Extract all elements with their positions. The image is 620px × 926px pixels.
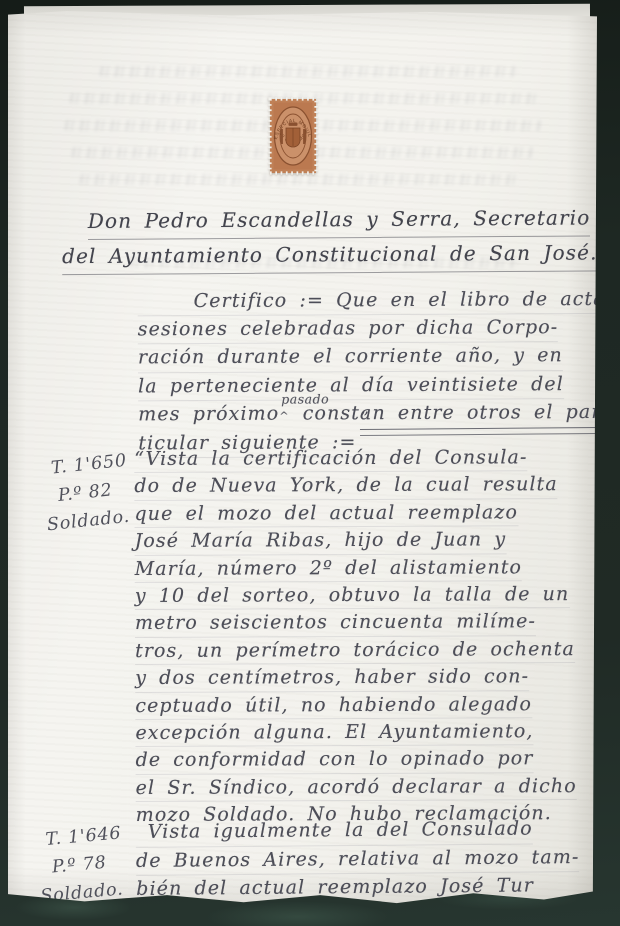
handwriting-line: y 10 del sorteo, obtuvo la talla de un: [135, 581, 570, 610]
acta-paragraph-2: Vista igualmente la del Consulado de Bue…: [136, 815, 580, 903]
margin-note-2: T. 1'646 P.º 78 Soldado.: [35, 819, 128, 910]
revenue-stamp-graphic: ESPECIAL MOVIL 10 CENTIMOS: [268, 97, 318, 175]
handwriting-line: tros, un perímetro torácico de ochenta: [135, 636, 575, 665]
insertion-pre-text: mes próximo: [138, 402, 279, 425]
stamp-crown: [289, 123, 298, 126]
handwriting-line: ración durante el corriente año, y en: [138, 343, 563, 373]
handwriting-line: la perteneciente al día veintisiete del: [138, 371, 564, 401]
inserted-word: pasado: [281, 385, 329, 412]
handwriting-line: María, número 2º del alistamiento: [135, 554, 522, 583]
stamp-pillar-left: [281, 129, 283, 144]
heading-line: del Ayuntamiento Constitucional de San J…: [62, 236, 620, 275]
handwriting-line: de conformidad con lo opinado por: [135, 746, 533, 775]
revenue-stamp: ESPECIAL MOVIL 10 CENTIMOS: [268, 97, 318, 175]
stamp-pillar-right: [303, 129, 305, 144]
margin-note-1: T. 1'650 P.º 82 Soldado.: [40, 447, 134, 540]
ghost-writing-line: [78, 174, 518, 185]
heading-line: Don Pedro Escandellas y Serra, Secretari…: [88, 201, 591, 240]
document-heading: Don Pedro Escandellas y Serra, Secretari…: [88, 201, 620, 275]
handwriting-line: Certifico := Que en el libro de actas de: [138, 286, 620, 317]
handwriting-line: metro seiscientos cincuenta milíme-: [135, 609, 536, 638]
closing-quote-mark: ”: [360, 409, 369, 429]
scanned-paper: ESPECIAL MOVIL 10 CENTIMOS Don Pedro Esc…: [8, 11, 597, 904]
handwriting-line: sesiones celebradas por dicha Corpo-: [138, 314, 559, 344]
interlinear-insertion: ^pasado: [279, 400, 290, 429]
handwriting-line-with-insertion: mes próximo^pasado constan entre otros e…: [138, 399, 609, 431]
handwriting-line: que el mozo del actual reemplazo: [134, 499, 518, 528]
handwriting-line: do de Nueva York, de la cual resulta: [134, 472, 558, 501]
handwriting-line: el Sr. Síndico, acordó declarar a dicho: [136, 773, 577, 802]
handwriting-line: de Buenos Aires, relativa al mozo tam-: [136, 844, 580, 876]
handwriting-line: José María Ribas, hijo de Juan y: [135, 527, 507, 556]
insertion-post-text: constan entre otros el par-: [303, 401, 609, 425]
ghost-writing-line: [98, 66, 518, 77]
handwriting-line: y dos centímetros, haber sido con-: [135, 663, 529, 692]
handwriting-line: “Vista la certificación del Consula-: [134, 444, 527, 473]
acta-paragraph-1: “Vista la certificación del Consula- do …: [134, 444, 577, 829]
handwriting-line: excepción alguna. El Ayuntamiento,: [135, 718, 533, 747]
handwriting-line: Vista igualmente la del Consulado: [136, 815, 533, 847]
handwriting-line: ceptuado útil, no habiendo alegado: [135, 691, 532, 720]
